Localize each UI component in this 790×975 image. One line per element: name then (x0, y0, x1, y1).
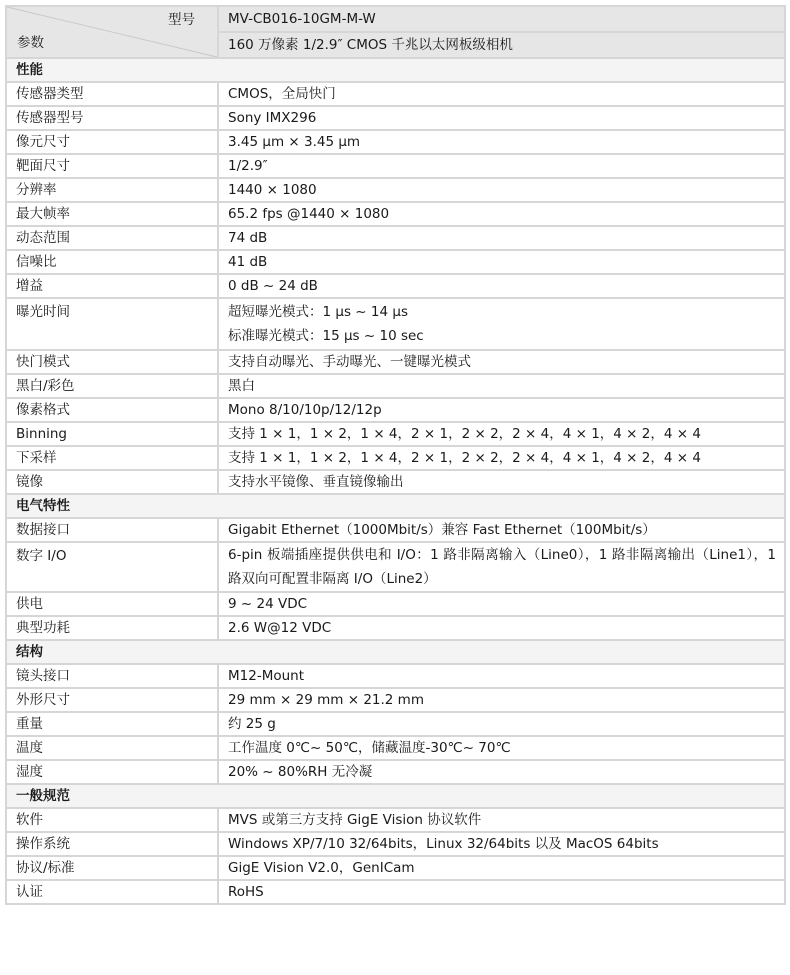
table-row: 软件MVS 或第三方支持 GigE Vision 协议软件 (6, 808, 785, 832)
table-row: 镜头接口M12-Mount (6, 664, 785, 688)
row-label: 信噪比 (6, 250, 218, 274)
row-label: 温度 (6, 736, 218, 760)
row-value: 29 mm × 29 mm × 21.2 mm (218, 688, 785, 712)
table-row: 信噪比41 dB (6, 250, 785, 274)
row-value: 1/2.9″ (218, 154, 785, 178)
spec-table: 型号 参数 MV-CB016-10GM-M-W 160 万像素 1/2.9″ C… (5, 5, 786, 905)
row-value: 41 dB (218, 250, 785, 274)
table-row: 靶面尺寸1/2.9″ (6, 154, 785, 178)
table-row: 黑白/彩色黑白 (6, 374, 785, 398)
row-label: 快门模式 (6, 350, 218, 374)
row-label: 传感器型号 (6, 106, 218, 130)
table-row: Binning支持 1 × 1，1 × 2，1 × 4，2 × 1，2 × 2，… (6, 422, 785, 446)
model-description: 160 万像素 1/2.9″ CMOS 千兆以太网板级相机 (218, 32, 785, 58)
section-header-general: 一般规范 (6, 784, 785, 808)
row-label: 操作系统 (6, 832, 218, 856)
row-label: 最大帧率 (6, 202, 218, 226)
row-value: 20% ~ 80%RH 无冷凝 (218, 760, 785, 784)
row-label: 像元尺寸 (6, 130, 218, 154)
row-label: 曝光时间 (6, 298, 218, 350)
row-value: 74 dB (218, 226, 785, 250)
row-value: MVS 或第三方支持 GigE Vision 协议软件 (218, 808, 785, 832)
row-label: 分辨率 (6, 178, 218, 202)
table-row: 分辨率1440 × 1080 (6, 178, 785, 202)
exposure-ultrashort: 超短曝光模式：1 µs ~ 14 µs (228, 300, 784, 324)
table-row: 典型功耗2.6 W@12 VDC (6, 616, 785, 640)
param-label: 参数 (17, 32, 44, 54)
model-label: 型号 (168, 9, 195, 31)
row-label: 镜像 (6, 470, 218, 494)
row-value: 工作温度 0℃~ 50℃，储藏温度-30℃~ 70℃ (218, 736, 785, 760)
row-label: 传感器类型 (6, 82, 218, 106)
table-row: 重量约 25 g (6, 712, 785, 736)
row-label: 典型功耗 (6, 616, 218, 640)
row-label: 镜头接口 (6, 664, 218, 688)
table-row: 像元尺寸3.45 µm × 3.45 µm (6, 130, 785, 154)
row-label: 靶面尺寸 (6, 154, 218, 178)
section-header-electrical: 电气特性 (6, 494, 785, 518)
row-value: Gigabit Ethernet（1000Mbit/s）兼容 Fast Ethe… (218, 518, 785, 542)
row-value: Windows XP/7/10 32/64bits，Linux 32/64bit… (218, 832, 785, 856)
table-row: 数据接口Gigabit Ethernet（1000Mbit/s）兼容 Fast … (6, 518, 785, 542)
table-row: 动态范围74 dB (6, 226, 785, 250)
row-value-wrapped: 6-pin 板端插座提供供电和 I/O：1 路非隔离输入（Line0），1 路非… (218, 542, 785, 592)
row-value: 支持水平镜像、垂直镜像输出 (218, 470, 785, 494)
row-label: 像素格式 (6, 398, 218, 422)
table-row: 传感器类型CMOS，全局快门 (6, 82, 785, 106)
row-value: 支持 1 × 1，1 × 2，1 × 4，2 × 1，2 × 2，2 × 4，4… (218, 422, 785, 446)
model-value: MV-CB016-10GM-M-W (218, 6, 785, 32)
row-value: 约 25 g (218, 712, 785, 736)
table-row: 快门模式支持自动曝光、手动曝光、一键曝光模式 (6, 350, 785, 374)
row-value: 9 ~ 24 VDC (218, 592, 785, 616)
table-row: 最大帧率65.2 fps @1440 × 1080 (6, 202, 785, 226)
table-row: 传感器型号Sony IMX296 (6, 106, 785, 130)
section-title: 结构 (6, 640, 785, 664)
header-row-model: 型号 参数 MV-CB016-10GM-M-W (6, 6, 785, 32)
row-value: 支持 1 × 1，1 × 2，1 × 4，2 × 1，2 × 2，2 × 4，4… (218, 446, 785, 470)
row-value: 1440 × 1080 (218, 178, 785, 202)
row-label: 认证 (6, 880, 218, 904)
row-label: 黑白/彩色 (6, 374, 218, 398)
table-row: 温度工作温度 0℃~ 50℃，储藏温度-30℃~ 70℃ (6, 736, 785, 760)
row-label: 湿度 (6, 760, 218, 784)
row-label: 供电 (6, 592, 218, 616)
section-title: 性能 (6, 58, 785, 82)
row-label: 数据接口 (6, 518, 218, 542)
row-value: M12-Mount (218, 664, 785, 688)
table-row: 像素格式Mono 8/10/10p/12/12p (6, 398, 785, 422)
row-value: Sony IMX296 (218, 106, 785, 130)
row-value: 支持自动曝光、手动曝光、一键曝光模式 (218, 350, 785, 374)
section-title: 电气特性 (6, 494, 785, 518)
section-title: 一般规范 (6, 784, 785, 808)
row-value: 3.45 µm × 3.45 µm (218, 130, 785, 154)
table-row: 下采样支持 1 × 1，1 × 2，1 × 4，2 × 1，2 × 2，2 × … (6, 446, 785, 470)
row-value: 2.6 W@12 VDC (218, 616, 785, 640)
table-row: 操作系统Windows XP/7/10 32/64bits，Linux 32/6… (6, 832, 785, 856)
row-label: 协议/标准 (6, 856, 218, 880)
row-label: 动态范围 (6, 226, 218, 250)
header-diagonal-cell: 型号 参数 (6, 6, 218, 58)
row-value: 黑白 (218, 374, 785, 398)
section-header-performance: 性能 (6, 58, 785, 82)
table-row: 增益0 dB ~ 24 dB (6, 274, 785, 298)
table-row: 协议/标准GigE Vision V2.0，GenICam (6, 856, 785, 880)
row-value-multiline: 超短曝光模式：1 µs ~ 14 µs 标准曝光模式：15 µs ~ 10 se… (218, 298, 785, 350)
row-label: 数字 I/O (6, 542, 218, 592)
table-row: 镜像支持水平镜像、垂直镜像输出 (6, 470, 785, 494)
row-label: Binning (6, 422, 218, 446)
table-row: 湿度20% ~ 80%RH 无冷凝 (6, 760, 785, 784)
spec-sheet: 型号 参数 MV-CB016-10GM-M-W 160 万像素 1/2.9″ C… (5, 5, 784, 905)
table-row: 数字 I/O 6-pin 板端插座提供供电和 I/O：1 路非隔离输入（Line… (6, 542, 785, 592)
section-header-structure: 结构 (6, 640, 785, 664)
row-label: 增益 (6, 274, 218, 298)
exposure-standard: 标准曝光模式：15 µs ~ 10 sec (228, 324, 784, 348)
table-row: 供电9 ~ 24 VDC (6, 592, 785, 616)
row-label: 下采样 (6, 446, 218, 470)
row-value: RoHS (218, 880, 785, 904)
row-value: GigE Vision V2.0，GenICam (218, 856, 785, 880)
row-value: Mono 8/10/10p/12/12p (218, 398, 785, 422)
row-value: CMOS，全局快门 (218, 82, 785, 106)
row-label: 外形尺寸 (6, 688, 218, 712)
table-row: 外形尺寸29 mm × 29 mm × 21.2 mm (6, 688, 785, 712)
row-value: 65.2 fps @1440 × 1080 (218, 202, 785, 226)
table-row: 认证RoHS (6, 880, 785, 904)
row-label: 软件 (6, 808, 218, 832)
row-label: 重量 (6, 712, 218, 736)
table-row: 曝光时间 超短曝光模式：1 µs ~ 14 µs 标准曝光模式：15 µs ~ … (6, 298, 785, 350)
row-value: 0 dB ~ 24 dB (218, 274, 785, 298)
